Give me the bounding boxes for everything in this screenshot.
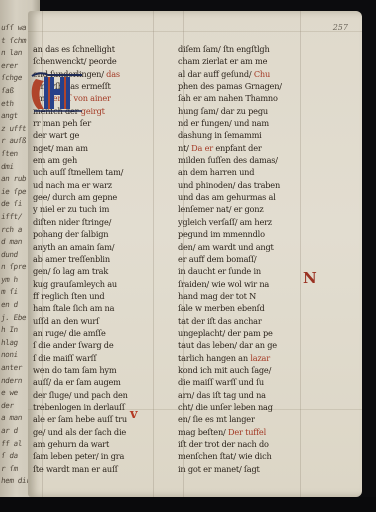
rubric-initial-v: v: [130, 407, 138, 422]
text-line: hung ſam/ dar zu pegu: [178, 105, 302, 117]
left-page-line: hlag: [0, 337, 31, 350]
left-page-line: ndern: [0, 375, 31, 388]
text-line: hand mag der tot N: [178, 290, 302, 302]
left-page-line: hem dir: [0, 475, 31, 488]
text-line: ſraiden/ wie wol wir na: [178, 278, 302, 290]
text-line: an ruge/ die amſſe: [33, 327, 157, 339]
left-page-text: uſſ wat ſchmn lanererſchgeſaßethangtz uf…: [0, 22, 30, 488]
text-line: an das es ſchnellight: [33, 43, 157, 55]
rubric-text: Da er: [191, 143, 213, 153]
left-page-line: ſ da: [0, 450, 31, 463]
left-page-line: erer: [0, 60, 31, 73]
left-page-line: eth: [0, 98, 31, 111]
left-page-line: an rub: [0, 173, 31, 186]
text-line: kug grauſamleych au: [33, 278, 157, 290]
left-page-line: de ſi: [0, 198, 31, 211]
rubric-text: Chu: [254, 69, 270, 79]
left-page-line: anter: [0, 362, 31, 375]
text-line: kond ich mit auch ſage/: [178, 364, 302, 376]
left-page-line: ar d: [0, 425, 31, 438]
left-page-line: angt: [0, 110, 31, 123]
decorated-initial-h-icon: [30, 71, 86, 113]
left-page-line: der: [0, 400, 31, 413]
ruling-line: [28, 31, 362, 32]
text-line: phen des pamas Grnagen/: [178, 80, 302, 92]
left-page-line: n lan: [0, 47, 31, 60]
text-line: auſſ/ da er ſam augem: [33, 376, 157, 388]
text-line: wen do tam ſam hym: [33, 364, 157, 376]
text-line: dashung in ſemammi: [178, 129, 302, 141]
left-page-line: noni: [0, 349, 31, 362]
text-line: tat der iſt das anchar: [178, 315, 302, 327]
left-page-line: dmi: [0, 161, 31, 174]
text-line: mag beſten/ Der tuffel: [178, 426, 302, 438]
text-line: y niel er zu tuch im: [33, 203, 157, 215]
text-line: am gehurn da wart: [33, 438, 157, 450]
text-line: ſ die ander ſwarg de: [33, 339, 157, 351]
left-page-line: uſſ wa: [0, 22, 31, 35]
text-line: ff reglich ſten und: [33, 290, 157, 302]
text-line: in got er manet/ ſagt: [178, 463, 302, 475]
text-line: al dar auff geſund/ Chu: [178, 68, 302, 80]
left-page-line: rch a: [0, 224, 31, 237]
text-line: ge/ und als der ſach die: [33, 426, 157, 438]
text-line: ſam leben peter/ in gra: [33, 450, 157, 462]
text-line: er auff dem bomaſſ/: [178, 253, 302, 265]
left-page-line: e we: [0, 387, 31, 400]
text-line: pegund im mmenndlo: [178, 228, 302, 240]
left-page-line: r ſm: [0, 463, 31, 476]
left-page-line: n ſpre: [0, 261, 31, 274]
text-line: den/ am wardt und angt: [178, 241, 302, 253]
rubric-text: das: [106, 69, 120, 79]
left-page-line: en d: [0, 299, 31, 312]
text-line: und das am gehurmas al: [178, 191, 302, 203]
text-line: der wart ge: [33, 129, 157, 141]
left-page-line: ſten: [0, 148, 31, 161]
left-page-line: a man: [0, 412, 31, 425]
text-line: ſte wardt man er auſſ: [33, 463, 157, 475]
left-page-line: j. Ebe: [0, 312, 31, 325]
text-line: ſchenwenckt/ peorde: [33, 55, 157, 67]
text-line: ſale w merben ebenſd: [178, 302, 302, 314]
text-line: cht/ die unſer leben nag: [178, 401, 302, 413]
text-line: an dem harren und: [178, 166, 302, 178]
left-page-line: ſchge: [0, 72, 31, 85]
text-line: in daucht er ſunde in: [178, 265, 302, 277]
text-line: nt/ Da er enpfant der: [178, 142, 302, 154]
text-line: nd er fungen/ und nam: [178, 117, 302, 129]
text-line: trebenlogen in derlauſſ: [33, 401, 157, 413]
left-page-line: ſaß: [0, 85, 31, 98]
text-line: die maiſſ warſſ und ſu: [178, 376, 302, 388]
left-page-line: z ufft: [0, 123, 31, 136]
text-line: iſt der trot der nach do: [178, 438, 302, 450]
rubric-text: lazar: [250, 353, 270, 363]
left-page-line: dund: [0, 249, 31, 262]
left-page-line: ifft/: [0, 211, 31, 224]
text-line: taut das leben/ dar an ge: [178, 339, 302, 351]
text-line: arn/ das iſt tag und na: [178, 389, 302, 401]
text-line: anyth an amain ſam/: [33, 241, 157, 253]
text-line: cham zierlat er am me: [178, 55, 302, 67]
text-line: ale er ſam hebe auſſ tru: [33, 413, 157, 425]
background: [0, 497, 376, 512]
text-line: menſchen ſtat/ wie dich: [178, 450, 302, 462]
folio-number: 257: [333, 23, 348, 32]
text-line: em am geh: [33, 154, 157, 166]
text-line: ham ſtale ſich am na: [33, 302, 157, 314]
text-line: gee/ durch am gepne: [33, 191, 157, 203]
rubric-text: Der tuffel: [228, 427, 266, 437]
manuscript-page: 257 an das es ſchnellightſchenwenckt/ pe…: [28, 11, 362, 497]
rubric-initial-n: N: [303, 269, 317, 287]
left-page-line: m ſi: [0, 286, 31, 299]
text-line: nget/ man am: [33, 142, 157, 154]
left-page-line: t ſchm: [0, 35, 31, 48]
text-line: der ſluge/ und pach den: [33, 389, 157, 401]
left-page-line: ie ſpe: [0, 186, 31, 199]
text-line: milden ſuſſen des damas/: [178, 154, 302, 166]
left-page-line: h In: [0, 324, 31, 337]
text-line: uch auſſ ſtmellem tam/: [33, 166, 157, 178]
text-line: lenſemer nat/ er gonz: [178, 203, 302, 215]
left-page-line: ff al: [0, 438, 31, 451]
text-line: ygleich verſaſſ/ am herz: [178, 216, 302, 228]
text-line: diſem ſam/ ſtn engſtlgh: [178, 43, 302, 55]
text-line: ſ die maiſſ warſſ: [33, 352, 157, 364]
left-page-line: ym h: [0, 274, 31, 287]
text-line: pohang der ſalbign: [33, 228, 157, 240]
left-page-line: r auſß: [0, 135, 31, 148]
text-column-right: diſem ſam/ ſtn engſtlghcham zierlat er a…: [178, 43, 302, 475]
text-line: ab amer treſſenblin: [33, 253, 157, 265]
text-line: ud nach ma er warz: [33, 179, 157, 191]
text-line: und phinoden/ das traben: [178, 179, 302, 191]
text-line: rr man peh ſer: [33, 117, 157, 129]
text-line: tarlich hangen an lazar: [178, 352, 302, 364]
text-line: ungeplacht/ der pam pe: [178, 327, 302, 339]
text-line: gen/ ſo lag am trak: [33, 265, 157, 277]
text-line: diſten nider ſtringe/: [33, 216, 157, 228]
text-line: uſſd an den wurſ: [33, 315, 157, 327]
text-line: en/ ſie es mt langer: [178, 413, 302, 425]
left-page-line: d man: [0, 236, 31, 249]
text-line: ſah er am nahen Thamno: [178, 92, 302, 104]
